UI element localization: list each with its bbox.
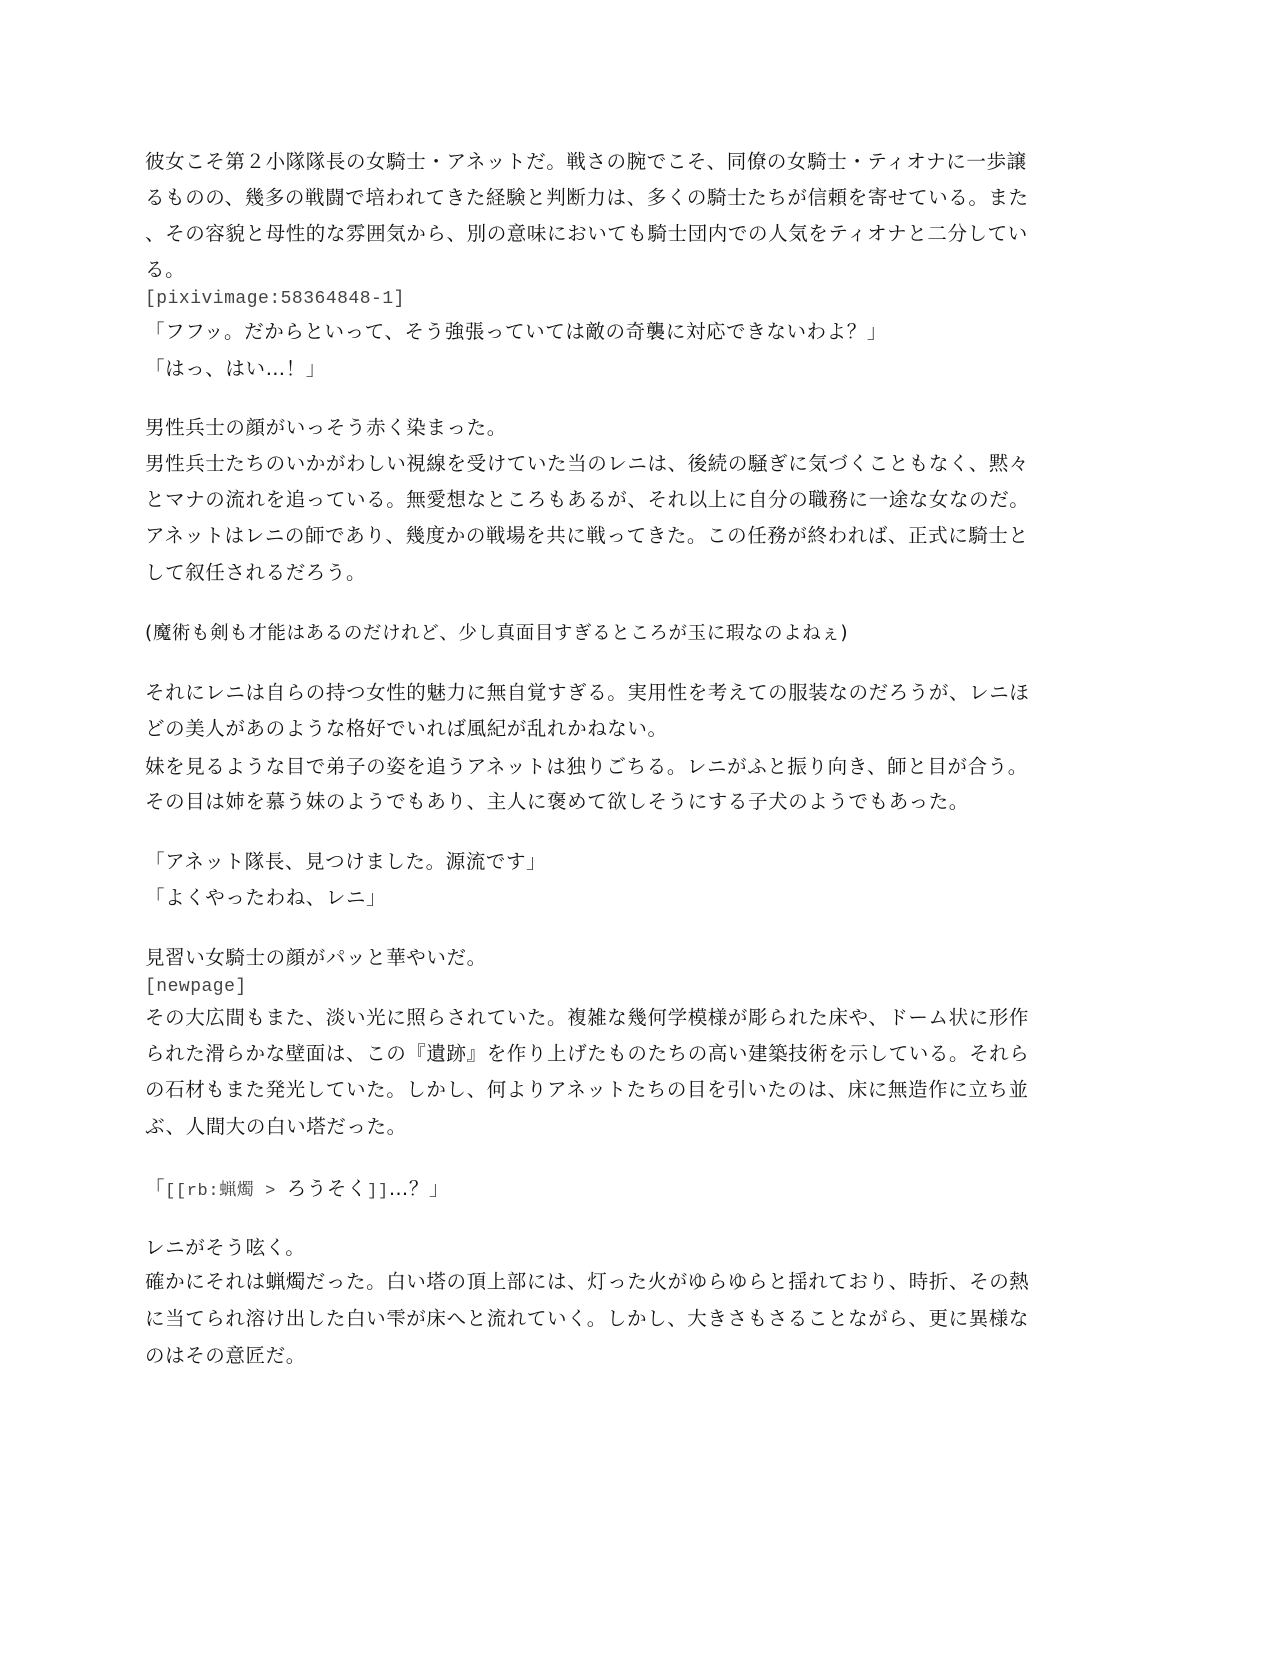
text-line: 男性兵士たちのいかがわしい視線を受けていた当のレニは、後続の騒ぎに気づくこともな…	[145, 452, 1075, 476]
text-line: 確かにそれは蝋燭だった。白い塔の頂上部には、灯った火がゆらゆらと揺れており、時折…	[145, 1270, 1075, 1294]
dialogue-line: 「はっ、はい…！」	[145, 357, 1075, 381]
dialogue-line: 「アネット隊長、見つけました。源流です」	[145, 850, 1075, 874]
inner-thought-line: (魔術も剣も才能はあるのだけれど、少し真面目すぎるところが玉に瑕なのよねぇ)	[145, 622, 1075, 646]
text-line: その目は姉を慕う妹のようでもあり、主人に褒めて欲しそうにする子犬のようでもあった…	[145, 790, 1075, 814]
ruby-reading: ろうそく	[287, 1177, 367, 1200]
text-line: 男性兵士の顔がいっそう赤く染まった。	[145, 416, 1075, 440]
document-page: 彼女こそ第２小隊隊長の女騎士・アネットだ。戦さの腕でこそ、同僚の女騎士・ティオナ…	[0, 0, 1280, 1656]
text-line: られた滑らかな壁面は、この『遺跡』を作り上げたものたちの高い建築技術を示している…	[145, 1042, 1075, 1066]
quote-tail: …？」	[389, 1177, 449, 1200]
text-line: その大広間もまた、淡い光に照らされていた。複雑な幾何学模様が彫られた床や、ドーム…	[145, 1006, 1075, 1030]
text-line: に当てられ溶け出した白い雫が床へと流れていく。しかし、大きさもさることながら、更…	[145, 1307, 1075, 1331]
text-line: アネットはレニの師であり、幾度かの戦場を共に戦ってきた。この任務が終われば、正式…	[145, 524, 1075, 548]
text-line: るものの、幾多の戦闘で培われてきた経験と判断力は、多くの騎士たちが信頼を寄せてい…	[145, 186, 1075, 210]
dialogue-line: 「よくやったわね、レニ」	[145, 886, 1075, 910]
ruby-dialogue-line: 「[[rb:蝋燭 > ろうそく]]…？」	[145, 1177, 1075, 1204]
text-line: る。	[145, 258, 1075, 282]
text-line: のはその意匠だ。	[145, 1344, 1075, 1368]
ruby-tag-open: [[rb:蝋燭 >	[165, 1182, 287, 1201]
text-line: 妹を見るような目で弟子の姿を追うアネットは独りごちる。レニがふと振り向き、師と目…	[145, 755, 1075, 779]
text-line: 彼女こそ第２小隊隊長の女騎士・アネットだ。戦さの腕でこそ、同僚の女騎士・ティオナ…	[145, 150, 1075, 174]
text-line: それにレニは自らの持つ女性的魅力に無自覚すぎる。実用性を考えての服装なのだろうが…	[145, 681, 1075, 705]
text-line: 、その容貌と母性的な雰囲気から、別の意味においても騎士団内での人気をティオナと二…	[145, 222, 1075, 246]
text-line: とマナの流れを追っている。無愛想なところもあるが、それ以上に自分の職務に一途な女…	[145, 488, 1075, 512]
text-line: どの美人があのような格好でいれば風紀が乱れかねない。	[145, 717, 1075, 741]
quote-open: 「	[145, 1177, 165, 1200]
text-line: 見習い女騎士の顔がパッと華やいだ。	[145, 946, 1075, 970]
newpage-tag: [newpage]	[145, 975, 1075, 999]
text-line: レニがそう呟く。	[145, 1236, 1075, 1260]
text-line: ぶ、人間大の白い塔だった。	[145, 1115, 1075, 1139]
ruby-tag-close: ]]	[367, 1182, 389, 1201]
text-line: の石材もまた発光していた。しかし、何よりアネットたちの目を引いたのは、床に無造作…	[145, 1078, 1075, 1102]
text-line: して叙任されるだろう。	[145, 561, 1075, 585]
dialogue-line: 「フフッ。だからといって、そう強張っていては敵の奇襲に対応できないわよ？」	[145, 320, 1075, 344]
pixivimage-tag: [pixivimage:58364848-1]	[145, 287, 1075, 311]
